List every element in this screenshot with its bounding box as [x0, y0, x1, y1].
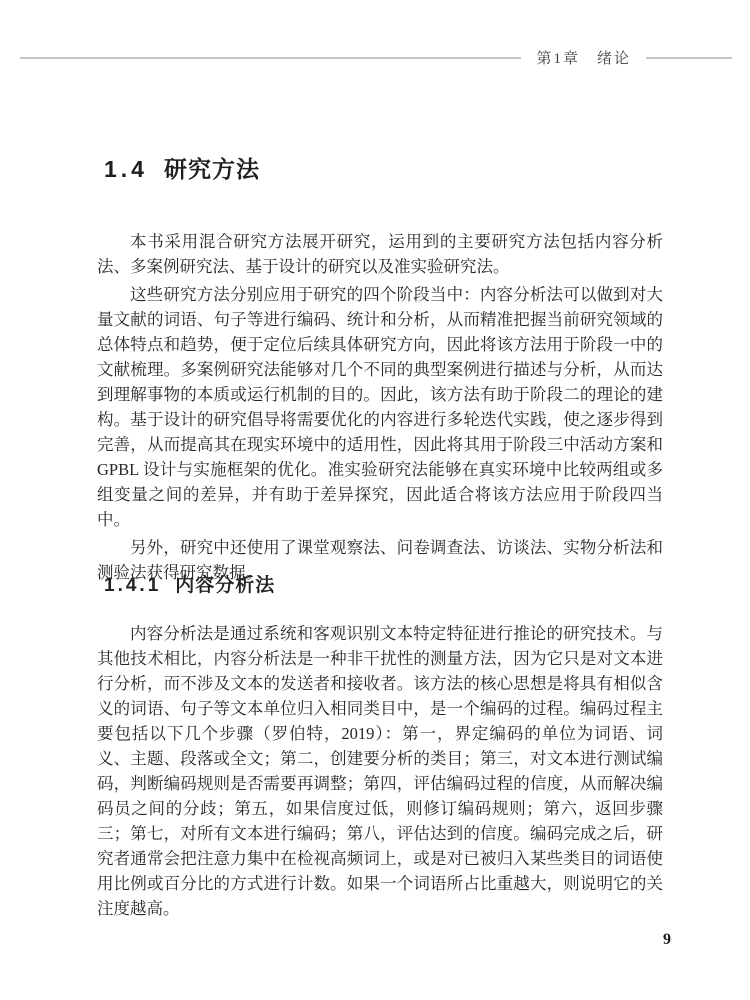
paragraph-content-analysis: 内容分析法是通过系统和客观识别文本特定特征进行推论的研究技术。与其他技术相比，内…: [97, 621, 663, 921]
subsection-text-block: 内容分析法是通过系统和客观识别文本特定特征进行推论的研究技术。与其他技术相比，内…: [97, 621, 663, 921]
section-heading: 1.4研究方法: [104, 151, 260, 184]
paragraph-intro-1: 本书采用混合研究方法展开研究，运用到的主要研究方法包括内容分析法、多案例研究法、…: [97, 229, 663, 279]
page-number: 9: [663, 931, 671, 949]
book-page: 第1章 绪论 1.4研究方法 本书采用混合研究方法展开研究，运用到的主要研究方法…: [0, 0, 750, 1000]
subsection-number: 1.4.1: [104, 575, 161, 596]
header-rule-left: [20, 57, 521, 59]
intro-text-block: 本书采用混合研究方法展开研究，运用到的主要研究方法包括内容分析法、多案例研究法、…: [97, 229, 663, 585]
subsection-title: 内容分析法: [175, 575, 275, 596]
running-header-chapter: 第1章 绪论: [536, 47, 631, 68]
header-rule-right: [646, 57, 732, 59]
subsection-heading: 1.4.1内容分析法: [104, 570, 275, 597]
paragraph-intro-2: 这些研究方法分别应用于研究的四个阶段当中：内容分析法可以做到对大量文献的词语、句…: [97, 282, 663, 532]
section-title: 研究方法: [164, 156, 260, 182]
running-header: 第1章 绪论: [20, 47, 732, 68]
section-number: 1.4: [104, 156, 148, 182]
